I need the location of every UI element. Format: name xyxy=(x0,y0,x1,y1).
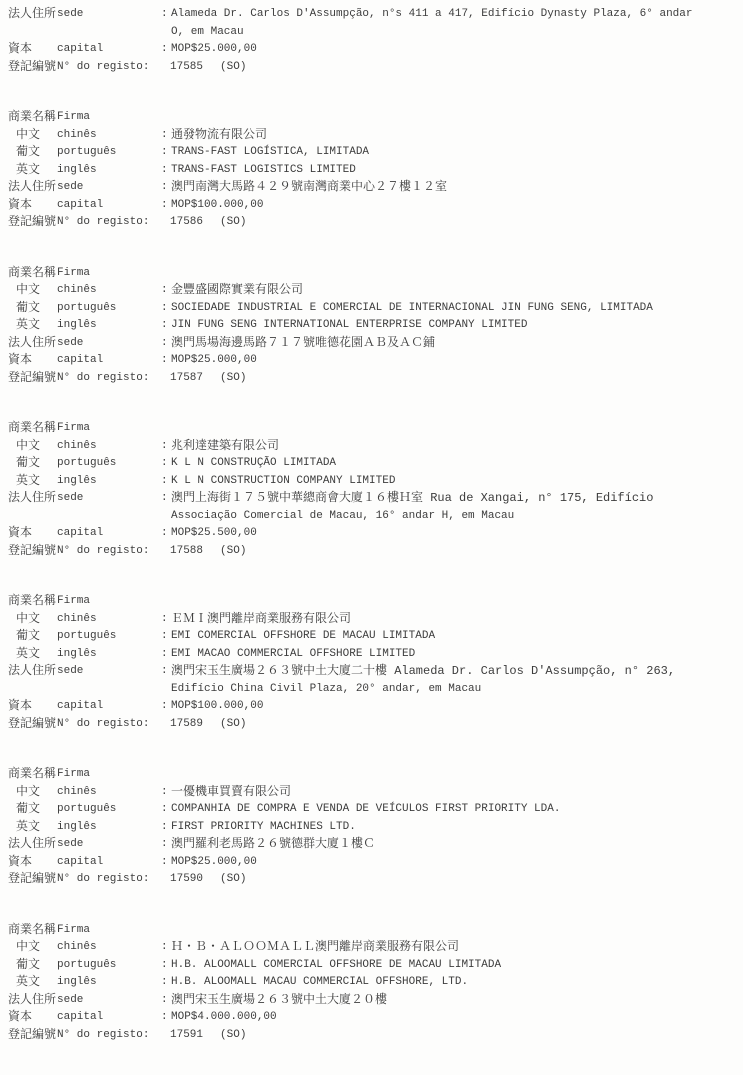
registo-suffix: (SO) xyxy=(220,61,246,73)
registry-entry: 商業名稱 Firma 中文 chinês : 一優機車買賣有限公司 葡文 por… xyxy=(8,766,737,889)
field-row-chines: 中文 chinês : 一優機車買賣有限公司 xyxy=(8,784,737,802)
field-row-capital: 資本 capital : MOP$100.000,00 xyxy=(8,698,737,716)
value-ingles: H.B. ALOOMALL MACAU COMMERCIAL OFFSHORE,… xyxy=(171,974,737,992)
label-portugues-zh: 葡文 xyxy=(8,957,57,975)
registry-entry: 商業名稱 Firma 中文 chinês : 金豐盛國際實業有限公司 葡文 po… xyxy=(8,265,737,388)
value-portugues: H.B. ALOOMALL COMERCIAL OFFSHORE DE MACA… xyxy=(171,957,737,975)
colon-separator: : xyxy=(161,646,171,664)
field-row-portugues: 葡文 português : K L N CONSTRUÇÃO LIMITADA xyxy=(8,455,737,473)
field-row-firma: 商業名稱 Firma xyxy=(8,109,737,127)
colon-separator: : xyxy=(161,698,171,716)
value-ingles: JIN FUNG SENG INTERNATIONAL ENTERPRISE C… xyxy=(171,317,737,335)
sede-line: 澳門羅利老馬路２６號德群大廈１樓Ｃ xyxy=(171,836,737,854)
field-row-firma: 商業名稱 Firma xyxy=(8,593,737,611)
field-row-ingles: 英文 inglês : H.B. ALOOMALL MACAU COMMERCI… xyxy=(8,974,737,992)
field-row-chines: 中文 chinês : 金豐盛國際實業有限公司 xyxy=(8,282,737,300)
sede-line: Edifício China Civil Plaza, 20° andar, e… xyxy=(171,681,737,699)
company-name-zh: ＥＭＩ澳門離岸商業服務有限公司 xyxy=(171,611,737,629)
field-row-capital: 資本 capital : MOP$25.000,00 xyxy=(8,854,737,872)
company-name-pt: SOCIEDADE INDUSTRIAL E COMERCIAL DE INTE… xyxy=(171,300,737,318)
value-sede: 澳門羅利老馬路２６號德群大廈１樓Ｃ xyxy=(171,836,737,854)
label-chines-zh: 中文 xyxy=(8,127,57,145)
label-portugues-pt: português xyxy=(57,300,161,318)
capital-amount: MOP$4.000.000,00 xyxy=(171,1009,737,1027)
colon-separator: : xyxy=(161,490,171,508)
label-firma-zh: 商業名稱 xyxy=(8,265,57,283)
label-capital-zh: 資本 xyxy=(8,854,57,872)
capital-amount: MOP$25.500,00 xyxy=(171,525,737,543)
label-ingles-zh: 英文 xyxy=(8,317,57,335)
label-registo-zh: 登記編號 xyxy=(8,543,57,561)
colon-separator: : xyxy=(161,352,171,370)
label-chines-pt: chinês xyxy=(57,282,161,300)
value-capital: MOP$25.500,00 xyxy=(171,525,737,543)
registry-entry: 商業名稱 Firma 中文 chinês : ＥＭＩ澳門離岸商業服務有限公司 葡… xyxy=(8,593,737,733)
field-row-firma: 商業名稱 Firma xyxy=(8,265,737,283)
capital-amount: MOP$25.000,00 xyxy=(171,41,737,59)
label-chines-zh: 中文 xyxy=(8,438,57,456)
label-capital-zh: 資本 xyxy=(8,197,57,215)
registo-suffix: (SO) xyxy=(220,216,246,228)
field-row-chines: 中文 chinês : Ｈ・Ｂ・ＡＬＯＯＭＡＬＬ澳門離岸商業服務有限公司 xyxy=(8,939,737,957)
company-name-pt: TRANS-FAST LOGÍSTICA, LIMITADA xyxy=(171,144,737,162)
label-firma-pt: Firma xyxy=(57,593,161,611)
label-registo-zh: 登記編號 xyxy=(8,370,57,388)
label-sede-pt: sede xyxy=(57,992,161,1010)
label-registo-zh: 登記編號 xyxy=(8,1027,57,1045)
label-sede-zh: 法人住所 xyxy=(8,663,57,681)
field-row-chines: 中文 chinês : 兆利達建築有限公司 xyxy=(8,438,737,456)
field-row-firma: 商業名稱 Firma xyxy=(8,420,737,438)
field-row-registo: 登記編號 N° do registo: 17590(SO) xyxy=(8,871,737,889)
colon-separator: : xyxy=(161,455,171,473)
field-row-ingles: 英文 inglês : FIRST PRIORITY MACHINES LTD. xyxy=(8,819,737,837)
company-name-zh: 通發物流有限公司 xyxy=(171,127,737,145)
label-chines-pt: chinês xyxy=(57,939,161,957)
registo-suffix: (SO) xyxy=(220,718,246,730)
colon-separator: : xyxy=(161,179,171,197)
label-portugues-pt: português xyxy=(57,801,161,819)
field-row-portugues: 葡文 português : EMI COMERCIAL OFFSHORE DE… xyxy=(8,628,737,646)
label-chines-pt: chinês xyxy=(57,438,161,456)
field-row-portugues: 葡文 português : COMPANHIA DE COMPRA E VEN… xyxy=(8,801,737,819)
label-chines-pt: chinês xyxy=(57,127,161,145)
value-registo: 17588(SO) xyxy=(170,543,737,561)
label-portugues-zh: 葡文 xyxy=(8,455,57,473)
colon-separator: : xyxy=(161,317,171,335)
registo-number: 17590 xyxy=(170,873,203,885)
label-registo-pt: N° do registo: xyxy=(57,59,170,77)
label-capital-pt: capital xyxy=(57,698,161,716)
scanned-gazette-page: 法人住所 sede : Alameda Dr. Carlos D'Assumpç… xyxy=(0,0,743,1075)
label-portugues-zh: 葡文 xyxy=(8,628,57,646)
field-row-sede: 法人住所 sede : 澳門馬場海邊馬路７１７號唯德花園ＡＢ及ＡＣ鋪 xyxy=(8,335,737,353)
label-sede-pt: sede xyxy=(57,490,161,508)
field-row-ingles: 英文 inglês : JIN FUNG SENG INTERNATIONAL … xyxy=(8,317,737,335)
colon-separator: : xyxy=(161,854,171,872)
colon-separator: : xyxy=(161,144,171,162)
label-sede-zh: 法人住所 xyxy=(8,836,57,854)
label-ingles-pt: inglês xyxy=(57,819,161,837)
colon-separator: : xyxy=(161,628,171,646)
colon-separator: : xyxy=(161,611,171,629)
label-portugues-zh: 葡文 xyxy=(8,144,57,162)
value-portugues: COMPANHIA DE COMPRA E VENDA DE VEÍCULOS … xyxy=(171,801,737,819)
company-name-pt: COMPANHIA DE COMPRA E VENDA DE VEÍCULOS … xyxy=(171,801,737,819)
label-sede-zh: 法人住所 xyxy=(8,992,57,1010)
colon-separator: : xyxy=(161,663,171,681)
registry-entry: 商業名稱 Firma 中文 chinês : Ｈ・Ｂ・ＡＬＯＯＭＡＬＬ澳門離岸商… xyxy=(8,922,737,1045)
label-portugues-zh: 葡文 xyxy=(8,300,57,318)
value-registo: 17585(SO) xyxy=(170,59,737,77)
value-ingles: K L N CONSTRUCTION COMPANY LIMITED xyxy=(171,473,737,491)
label-registo-pt: N° do registo: xyxy=(57,871,170,889)
colon-separator: : xyxy=(161,525,171,543)
value-capital: MOP$25.000,00 xyxy=(171,41,737,59)
label-ingles-zh: 英文 xyxy=(8,473,57,491)
label-sede-zh: 法人住所 xyxy=(8,335,57,353)
registo-number: 17587 xyxy=(170,372,203,384)
company-name-pt: K L N CONSTRUÇÃO LIMITADA xyxy=(171,455,737,473)
label-registo-pt: N° do registo: xyxy=(57,370,170,388)
field-row-ingles: 英文 inglês : TRANS-FAST LOGISTICS LIMITED xyxy=(8,162,737,180)
colon-separator: : xyxy=(161,1009,171,1027)
value-sede: Alameda Dr. Carlos D'Assumpção, n°s 411 … xyxy=(171,6,737,41)
label-ingles-pt: inglês xyxy=(57,974,161,992)
registry-entry: 商業名稱 Firma 中文 chinês : 兆利達建築有限公司 葡文 port… xyxy=(8,420,737,560)
label-registo-zh: 登記編號 xyxy=(8,59,57,77)
field-row-portugues: 葡文 português : TRANS-FAST LOGÍSTICA, LIM… xyxy=(8,144,737,162)
colon-separator: : xyxy=(161,300,171,318)
company-name-zh: 兆利達建築有限公司 xyxy=(171,438,737,456)
sede-line: 澳門上海街１７５號中華總商會大廈１６樓Ｈ室 Rua de Xangai, n° … xyxy=(171,490,737,508)
colon-separator: : xyxy=(161,784,171,802)
label-capital-zh: 資本 xyxy=(8,1009,57,1027)
label-portugues-pt: português xyxy=(57,628,161,646)
sede-line: 澳門宋玉生廣場２６３號中土大廈二十樓 Alameda Dr. Carlos D'… xyxy=(171,663,737,681)
company-name-en: EMI MACAO COMMERCIAL OFFSHORE LIMITED xyxy=(171,646,737,664)
colon-separator: : xyxy=(161,974,171,992)
label-ingles-pt: inglês xyxy=(57,473,161,491)
value-chines: 一優機車買賣有限公司 xyxy=(171,784,737,802)
field-row-capital: 資本 capital : MOP$25.000,00 xyxy=(8,352,737,370)
label-firma-zh: 商業名稱 xyxy=(8,766,57,784)
colon-separator: : xyxy=(161,473,171,491)
colon-separator: : xyxy=(161,282,171,300)
colon-separator: : xyxy=(161,957,171,975)
colon-separator: : xyxy=(161,41,171,59)
field-row-ingles: 英文 inglês : EMI MACAO COMMERCIAL OFFSHOR… xyxy=(8,646,737,664)
colon-separator: : xyxy=(161,197,171,215)
label-firma-zh: 商業名稱 xyxy=(8,922,57,940)
value-chines: ＥＭＩ澳門離岸商業服務有限公司 xyxy=(171,611,737,629)
label-firma-pt: Firma xyxy=(57,922,161,940)
value-chines: 兆利達建築有限公司 xyxy=(171,438,737,456)
colon-separator: : xyxy=(161,836,171,854)
label-ingles-zh: 英文 xyxy=(8,819,57,837)
company-name-en: H.B. ALOOMALL MACAU COMMERCIAL OFFSHORE,… xyxy=(171,974,737,992)
capital-amount: MOP$100.000,00 xyxy=(171,197,737,215)
label-capital-pt: capital xyxy=(57,854,161,872)
colon-separator: : xyxy=(161,127,171,145)
registo-number: 17588 xyxy=(170,545,203,557)
field-row-sede: 法人住所 sede : 澳門南灣大馬路４２９號南灣商業中心２７樓１２室 xyxy=(8,179,737,197)
label-capital-pt: capital xyxy=(57,525,161,543)
label-registo-pt: N° do registo: xyxy=(57,1027,170,1045)
value-portugues: K L N CONSTRUÇÃO LIMITADA xyxy=(171,455,737,473)
company-name-pt: EMI COMERCIAL OFFSHORE DE MACAU LIMITADA xyxy=(171,628,737,646)
label-firma-zh: 商業名稱 xyxy=(8,109,57,127)
registo-suffix: (SO) xyxy=(220,1029,246,1041)
sede-line: Alameda Dr. Carlos D'Assumpção, n°s 411 … xyxy=(171,6,737,24)
label-sede-pt: sede xyxy=(57,6,161,24)
value-capital: MOP$100.000,00 xyxy=(171,197,737,215)
label-chines-zh: 中文 xyxy=(8,939,57,957)
label-chines-zh: 中文 xyxy=(8,784,57,802)
label-ingles-zh: 英文 xyxy=(8,974,57,992)
company-name-en: JIN FUNG SENG INTERNATIONAL ENTERPRISE C… xyxy=(171,317,737,335)
sede-line: 澳門宋玉生廣場２６３號中土大廈２０樓 xyxy=(171,992,737,1010)
colon-separator: : xyxy=(161,992,171,1010)
field-row-ingles: 英文 inglês : K L N CONSTRUCTION COMPANY L… xyxy=(8,473,737,491)
capital-amount: MOP$25.000,00 xyxy=(171,352,737,370)
company-name-pt: H.B. ALOOMALL COMERCIAL OFFSHORE DE MACA… xyxy=(171,957,737,975)
label-capital-pt: capital xyxy=(57,352,161,370)
label-firma-pt: Firma xyxy=(57,766,161,784)
label-ingles-pt: inglês xyxy=(57,317,161,335)
colon-separator: : xyxy=(161,335,171,353)
registo-suffix: (SO) xyxy=(220,873,246,885)
field-row-sede: 法人住所 sede : 澳門上海街１７５號中華總商會大廈１６樓Ｈ室 Rua de… xyxy=(8,490,737,525)
value-portugues: EMI COMERCIAL OFFSHORE DE MACAU LIMITADA xyxy=(171,628,737,646)
value-sede: 澳門上海街１７５號中華總商會大廈１６樓Ｈ室 Rua de Xangai, n° … xyxy=(171,490,737,525)
field-row-firma: 商業名稱 Firma xyxy=(8,922,737,940)
field-row-firma: 商業名稱 Firma xyxy=(8,766,737,784)
capital-amount: MOP$25.000,00 xyxy=(171,854,737,872)
value-capital: MOP$4.000.000,00 xyxy=(171,1009,737,1027)
value-capital: MOP$25.000,00 xyxy=(171,854,737,872)
label-registo-zh: 登記編號 xyxy=(8,214,57,232)
label-sede-pt: sede xyxy=(57,335,161,353)
label-registo-pt: N° do registo: xyxy=(57,214,170,232)
label-capital-zh: 資本 xyxy=(8,41,57,59)
company-name-zh: 金豐盛國際實業有限公司 xyxy=(171,282,737,300)
company-name-en: FIRST PRIORITY MACHINES LTD. xyxy=(171,819,737,837)
label-capital-pt: capital xyxy=(57,197,161,215)
label-registo-zh: 登記編號 xyxy=(8,871,57,889)
label-registo-pt: N° do registo: xyxy=(57,543,170,561)
colon-separator: : xyxy=(161,438,171,456)
registo-number: 17585 xyxy=(170,61,203,73)
value-sede: 澳門南灣大馬路４２９號南灣商業中心２７樓１２室 xyxy=(171,179,737,197)
registo-number: 17591 xyxy=(170,1029,203,1041)
value-registo: 17587(SO) xyxy=(170,370,737,388)
label-portugues-pt: português xyxy=(57,957,161,975)
value-registo: 17586(SO) xyxy=(170,214,737,232)
value-ingles: EMI MACAO COMMERCIAL OFFSHORE LIMITED xyxy=(171,646,737,664)
colon-separator: : xyxy=(161,801,171,819)
registo-suffix: (SO) xyxy=(220,545,246,557)
field-row-capital: 資本 capital : MOP$25.500,00 xyxy=(8,525,737,543)
value-capital: MOP$25.000,00 xyxy=(171,352,737,370)
label-registo-pt: N° do registo: xyxy=(57,716,170,734)
field-row-capital: 資本 capital : MOP$4.000.000,00 xyxy=(8,1009,737,1027)
label-sede-zh: 法人住所 xyxy=(8,179,57,197)
label-ingles-pt: inglês xyxy=(57,162,161,180)
label-portugues-pt: português xyxy=(57,144,161,162)
sede-line: Associação Comercial de Macau, 16° andar… xyxy=(171,508,737,526)
label-portugues-pt: português xyxy=(57,455,161,473)
colon-separator: : xyxy=(161,6,171,24)
label-capital-pt: capital xyxy=(57,1009,161,1027)
value-capital: MOP$100.000,00 xyxy=(171,698,737,716)
value-sede: 澳門宋玉生廣場２６３號中土大廈二十樓 Alameda Dr. Carlos D'… xyxy=(171,663,737,698)
sede-line: 澳門南灣大馬路４２９號南灣商業中心２７樓１２室 xyxy=(171,179,737,197)
field-row-sede: 法人住所 sede : 澳門宋玉生廣場２６３號中土大廈２０樓 xyxy=(8,992,737,1010)
field-row-chines: 中文 chinês : 通發物流有限公司 xyxy=(8,127,737,145)
registo-suffix: (SO) xyxy=(220,372,246,384)
label-sede-pt: sede xyxy=(57,663,161,681)
label-chines-zh: 中文 xyxy=(8,282,57,300)
field-row-capital: 資本 capital : MOP$100.000,00 xyxy=(8,197,737,215)
value-registo: 17590(SO) xyxy=(170,871,737,889)
label-sede-pt: sede xyxy=(57,836,161,854)
label-capital-zh: 資本 xyxy=(8,352,57,370)
label-capital-zh: 資本 xyxy=(8,525,57,543)
value-registo: 17591(SO) xyxy=(170,1027,737,1045)
label-sede-zh: 法人住所 xyxy=(8,490,57,508)
label-firma-pt: Firma xyxy=(57,109,161,127)
colon-separator: : xyxy=(161,939,171,957)
sede-line: O, em Macau xyxy=(171,24,737,42)
label-chines-zh: 中文 xyxy=(8,611,57,629)
value-ingles: FIRST PRIORITY MACHINES LTD. xyxy=(171,819,737,837)
label-firma-zh: 商業名稱 xyxy=(8,593,57,611)
field-row-sede: 法人住所 sede : 澳門羅利老馬路２６號德群大廈１樓Ｃ xyxy=(8,836,737,854)
company-name-zh: Ｈ・Ｂ・ＡＬＯＯＭＡＬＬ澳門離岸商業服務有限公司 xyxy=(171,939,737,957)
field-row-portugues: 葡文 português : H.B. ALOOMALL COMERCIAL O… xyxy=(8,957,737,975)
colon-separator: : xyxy=(161,819,171,837)
label-firma-pt: Firma xyxy=(57,420,161,438)
field-row-registo: 登記編號 N° do registo: 17591(SO) xyxy=(8,1027,737,1045)
label-sede-zh: 法人住所 xyxy=(8,6,57,24)
field-row-capital: 資本 capital : MOP$25.000,00 xyxy=(8,41,737,59)
value-portugues: SOCIEDADE INDUSTRIAL E COMERCIAL DE INTE… xyxy=(171,300,737,318)
company-name-en: TRANS-FAST LOGISTICS LIMITED xyxy=(171,162,737,180)
field-row-registo: 登記編號 N° do registo: 17587(SO) xyxy=(8,370,737,388)
value-ingles: TRANS-FAST LOGISTICS LIMITED xyxy=(171,162,737,180)
field-row-sede: 法人住所 sede : 澳門宋玉生廣場２６３號中土大廈二十樓 Alameda D… xyxy=(8,663,737,698)
label-chines-pt: chinês xyxy=(57,611,161,629)
field-row-registo: 登記編號 N° do registo: 17588(SO) xyxy=(8,543,737,561)
label-ingles-zh: 英文 xyxy=(8,646,57,664)
label-registo-zh: 登記編號 xyxy=(8,716,57,734)
label-capital-zh: 資本 xyxy=(8,698,57,716)
value-portugues: TRANS-FAST LOGÍSTICA, LIMITADA xyxy=(171,144,737,162)
value-registo: 17589(SO) xyxy=(170,716,737,734)
label-firma-pt: Firma xyxy=(57,265,161,283)
field-row-portugues: 葡文 português : SOCIEDADE INDUSTRIAL E CO… xyxy=(8,300,737,318)
label-ingles-pt: inglês xyxy=(57,646,161,664)
registo-number: 17589 xyxy=(170,718,203,730)
field-row-registo: 登記編號 N° do registo: 17589(SO) xyxy=(8,716,737,734)
field-row-chines: 中文 chinês : ＥＭＩ澳門離岸商業服務有限公司 xyxy=(8,611,737,629)
value-sede: 澳門宋玉生廣場２６３號中土大廈２０樓 xyxy=(171,992,737,1010)
company-name-zh: 一優機車買賣有限公司 xyxy=(171,784,737,802)
registo-number: 17586 xyxy=(170,216,203,228)
value-chines: 通發物流有限公司 xyxy=(171,127,737,145)
capital-amount: MOP$100.000,00 xyxy=(171,698,737,716)
registry-entry-partial: 法人住所 sede : Alameda Dr. Carlos D'Assumpç… xyxy=(8,6,737,76)
sede-line: 澳門馬場海邊馬路７１７號唯德花園ＡＢ及ＡＣ鋪 xyxy=(171,335,737,353)
label-firma-zh: 商業名稱 xyxy=(8,420,57,438)
registry-entry: 商業名稱 Firma 中文 chinês : 通發物流有限公司 葡文 portu… xyxy=(8,109,737,232)
value-sede: 澳門馬場海邊馬路７１７號唯德花園ＡＢ及ＡＣ鋪 xyxy=(171,335,737,353)
company-name-en: K L N CONSTRUCTION COMPANY LIMITED xyxy=(171,473,737,491)
field-row-registo: 登記編號 N° do registo: 17586(SO) xyxy=(8,214,737,232)
value-chines: 金豐盛國際實業有限公司 xyxy=(171,282,737,300)
field-row-registo: 登記編號 N° do registo: 17585(SO) xyxy=(8,59,737,77)
label-portugues-zh: 葡文 xyxy=(8,801,57,819)
colon-separator: : xyxy=(161,162,171,180)
label-ingles-zh: 英文 xyxy=(8,162,57,180)
field-row-sede: 法人住所 sede : Alameda Dr. Carlos D'Assumpç… xyxy=(8,6,737,41)
value-chines: Ｈ・Ｂ・ＡＬＯＯＭＡＬＬ澳門離岸商業服務有限公司 xyxy=(171,939,737,957)
label-sede-pt: sede xyxy=(57,179,161,197)
label-chines-pt: chinês xyxy=(57,784,161,802)
label-capital-pt: capital xyxy=(57,41,161,59)
